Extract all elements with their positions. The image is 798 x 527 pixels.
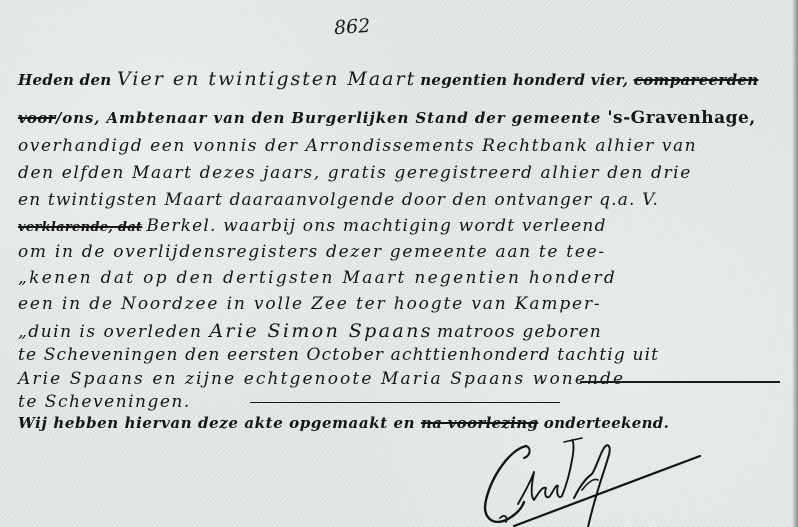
record-line-5: en twintigsten Maart daaraanvolgende doo…	[18, 192, 659, 209]
record-line-3: overhandigd een vonnis der Arrondissemen…	[18, 138, 697, 155]
handwritten-text: te Scheveningen den eersten October acht…	[18, 345, 659, 365]
record-line-12: Arie Spaans en zijne echtgenoote Maria S…	[18, 371, 625, 388]
fill-line	[250, 402, 560, 403]
handwritten-text: „duin is overleden	[18, 322, 209, 342]
handwritten-text: te Scheveningen.	[18, 392, 191, 412]
scan-edge-shadow	[792, 0, 798, 527]
handwritten-date: Vier en twintigsten Maart	[117, 68, 416, 90]
handwritten-text: en twintigsten Maart daaraanvolgende doo…	[18, 190, 659, 210]
handwritten-text: om in de overlijdensregisters dezer geme…	[18, 242, 606, 262]
printed-text: Heden den	[18, 71, 117, 89]
record-line-1: Heden den Vier en twintigsten Maart nege…	[18, 70, 758, 89]
handwritten-text: overhandigd een vonnis der Arrondissemen…	[18, 136, 697, 156]
printed-text: /ons, Ambtenaar van den Burgerlijken Sta…	[56, 109, 608, 127]
handwritten-text: Berkel. waarbij ons machtiging wordt ver…	[146, 216, 606, 236]
printed-text: Wij hebben hiervan deze akte opgemaakt e…	[18, 414, 421, 432]
record-line-8: „kenen dat op den dertigsten Maart negen…	[18, 270, 617, 287]
handwritten-text: een in de Noordzee in volle Zee ter hoog…	[18, 294, 602, 314]
handwritten-text: „kenen dat op den dertigsten Maart negen…	[18, 268, 617, 288]
folio-number: 862	[333, 15, 371, 39]
struck-printed-text: compareerden	[634, 71, 759, 89]
handwritten-text: den elfden Maart dezes jaars, gratis ger…	[18, 163, 692, 183]
registrar-signature	[470, 420, 730, 527]
record-line-2: voor/ons, Ambtenaar van den Burgerlijken…	[18, 110, 756, 127]
record-line-10: „duin is overleden Arie Simon Spaans mat…	[18, 322, 602, 341]
record-line-6: verklarende, dat Berkel. waarbij ons mac…	[18, 218, 607, 235]
record-line-11: te Scheveningen den eersten October acht…	[18, 347, 659, 364]
struck-printed-text: verklarende, dat	[18, 220, 142, 235]
record-line-9: een in de Noordzee in volle Zee ter hoog…	[18, 296, 602, 313]
handwritten-text: Arie Spaans en zijne echtgenoote Maria S…	[18, 369, 625, 389]
document-page: 862 Heden den Vier en twintigsten Maart …	[0, 0, 798, 527]
municipality-name: 's-Gravenhage,	[607, 108, 755, 128]
struck-printed-text: voor	[18, 109, 56, 127]
record-line-13: te Scheveningen.	[18, 394, 191, 411]
fill-line	[580, 381, 780, 383]
handwritten-text: matroos geboren	[437, 322, 602, 342]
record-line-7: om in de overlijdensregisters dezer geme…	[18, 244, 606, 261]
printed-text: negentien honderd vier,	[420, 71, 634, 89]
deceased-name: Arie Simon Spaans	[209, 320, 433, 342]
record-line-4: den elfden Maart dezes jaars, gratis ger…	[18, 165, 692, 182]
